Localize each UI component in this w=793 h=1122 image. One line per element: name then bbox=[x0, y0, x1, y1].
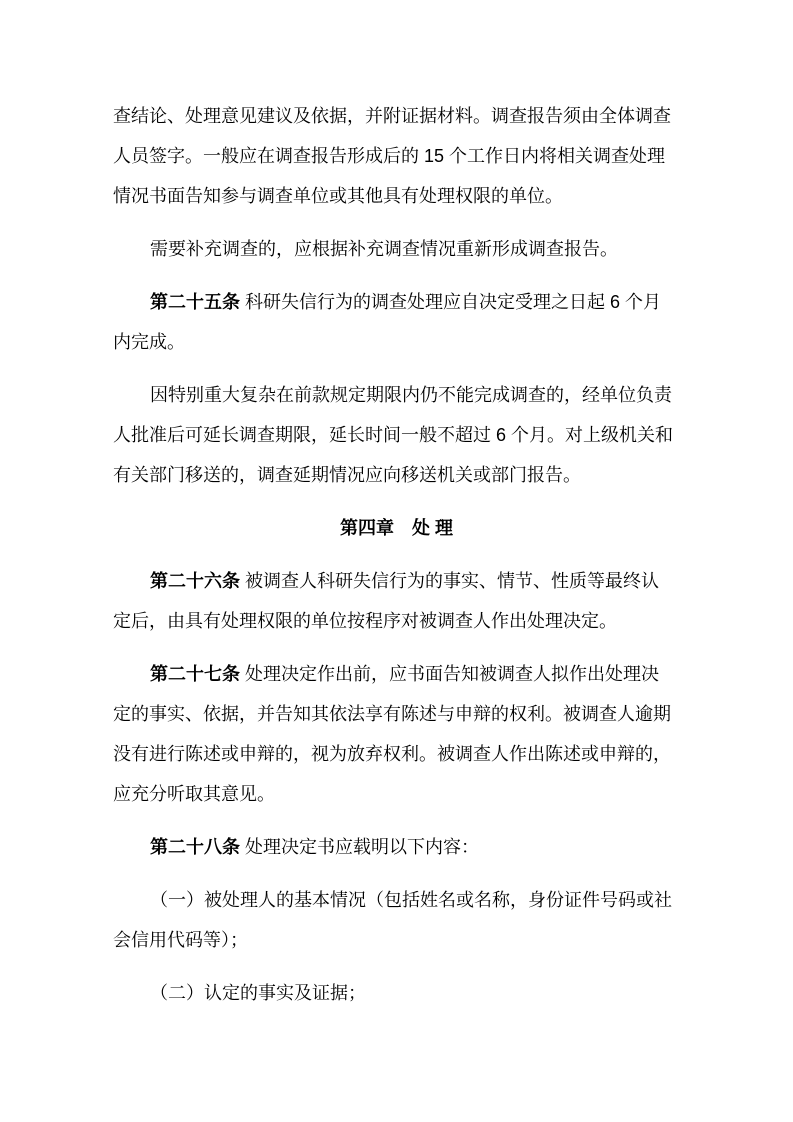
text-line: 情况书面告知参与调查单位或其他具有处理权限的单位。 bbox=[113, 176, 680, 216]
text-segment: 应充分听取其意见。 bbox=[113, 784, 275, 804]
paragraph: 需要补充调查的，应根据补充调查情况重新形成调查报告。 bbox=[113, 229, 680, 269]
text-line: 因特别重大复杂在前款规定期限内仍不能完成调查的，经单位负责 bbox=[113, 375, 680, 415]
paragraph: 因特别重大复杂在前款规定期限内仍不能完成调查的，经单位负责人批准后可延长调查期限… bbox=[113, 375, 680, 495]
paragraph: 第二十八条 处理决定书应载明以下内容： bbox=[113, 827, 680, 867]
text-segment: 因特别重大复杂在前款规定期限内仍不能完成调查的，经单位负责 bbox=[150, 385, 672, 405]
text-line: 应充分听取其意见。 bbox=[113, 774, 680, 814]
text-line: 查结论、处理意见建议及依据，并附证据材料。调查报告须由全体调查 bbox=[113, 96, 680, 136]
text-line: （二）认定的事实及证据； bbox=[113, 973, 680, 1013]
text-segment: 定的事实、依据，并告知其依法享有陈述与申辩的权利。被调查人逾期 bbox=[113, 704, 671, 724]
bold-text-segment: 第二十五条 bbox=[150, 292, 240, 312]
text-line: 定的事实、依据，并告知其依法享有陈述与申辩的权利。被调查人逾期 bbox=[113, 694, 680, 734]
document-page: 查结论、处理意见建议及依据，并附证据材料。调查报告须由全体调查人员签字。一般应在… bbox=[0, 0, 793, 1122]
text-line: 定后，由具有处理权限的单位按程序对被调查人作出处理决定。 bbox=[113, 601, 680, 641]
paragraph: （二）认定的事实及证据； bbox=[113, 973, 680, 1013]
paragraph: 第二十七条 处理决定作出前，应书面告知被调查人拟作出处理决定的事实、依据，并告知… bbox=[113, 654, 680, 814]
text-line: （一）被处理人的基本情况（包括姓名或名称，身份证件号码或社 bbox=[113, 880, 680, 920]
text-segment: 查结论、处理意见建议及依据，并附证据材料。调查报告须由全体调查 bbox=[113, 106, 671, 126]
text-segment: 没有进行陈述或申辩的，视为放弃权利。被调查人作出陈述或申辩的， bbox=[113, 744, 671, 764]
text-segment: 内完成。 bbox=[113, 332, 185, 352]
text-segment: （一）被处理人的基本情况（包括姓名或名称，身份证件号码或社 bbox=[150, 890, 672, 910]
text-segment: 有关部门移送的，调查延期情况应向移送机关或部门报告。 bbox=[113, 465, 581, 485]
text-segment: 会信用代码等）； bbox=[113, 930, 248, 950]
paragraph: 查结论、处理意见建议及依据，并附证据材料。调查报告须由全体调查人员签字。一般应在… bbox=[113, 96, 680, 216]
text-line: 第二十七条 处理决定作出前，应书面告知被调查人拟作出处理决 bbox=[113, 654, 680, 694]
text-segment: （二）认定的事实及证据； bbox=[150, 983, 366, 1003]
text-segment: 处理决定作出前，应书面告知被调查人拟作出处理决 bbox=[240, 664, 659, 684]
text-line: 没有进行陈述或申辩的，视为放弃权利。被调查人作出陈述或申辩的， bbox=[113, 734, 680, 774]
text-line: 需要补充调查的，应根据补充调查情况重新形成调查报告。 bbox=[113, 229, 680, 269]
bold-text-segment: 第二十七条 bbox=[150, 664, 240, 684]
text-line: 人员签字。一般应在调查报告形成后的 15 个工作日内将相关调查处理 bbox=[113, 136, 680, 176]
text-line: 第二十六条 被调查人科研失信行为的事实、情节、性质等最终认 bbox=[113, 561, 680, 601]
document-body: 查结论、处理意见建议及依据，并附证据材料。调查报告须由全体调查人员签字。一般应在… bbox=[113, 96, 680, 1013]
text-segment: 处理决定书应载明以下内容： bbox=[240, 837, 479, 857]
paragraph: 第二十五条 科研失信行为的调查处理应自决定受理之日起 6 个月内完成。 bbox=[113, 282, 680, 362]
bold-text-segment: 第二十八条 bbox=[150, 837, 240, 857]
bold-text-segment: 第二十六条 bbox=[150, 571, 240, 591]
text-line: 人批准后可延长调查期限，延长时间一般不超过 6 个月。对上级机关和 bbox=[113, 415, 680, 455]
text-segment: 需要补充调查的，应根据补充调查情况重新形成调查报告。 bbox=[150, 239, 618, 259]
bold-text-segment: 第四章 处 理 bbox=[340, 518, 453, 538]
text-line: 第二十八条 处理决定书应载明以下内容： bbox=[113, 827, 680, 867]
text-segment: 定后，由具有处理权限的单位按程序对被调查人作出处理决定。 bbox=[113, 611, 617, 631]
paragraph: 第二十六条 被调查人科研失信行为的事实、情节、性质等最终认定后，由具有处理权限的… bbox=[113, 561, 680, 641]
chapter-heading: 第四章 处 理 bbox=[113, 508, 680, 548]
text-line: 内完成。 bbox=[113, 322, 680, 362]
text-line: 会信用代码等）； bbox=[113, 920, 680, 960]
text-segment: 科研失信行为的调查处理应自决定受理之日起 6 个月 bbox=[240, 292, 661, 312]
paragraph: （一）被处理人的基本情况（包括姓名或名称，身份证件号码或社会信用代码等）； bbox=[113, 880, 680, 960]
text-segment: 被调查人科研失信行为的事实、情节、性质等最终认 bbox=[240, 571, 659, 591]
text-segment: 情况书面告知参与调查单位或其他具有处理权限的单位。 bbox=[113, 186, 563, 206]
text-line: 第四章 处 理 bbox=[113, 508, 680, 548]
text-segment: 人批准后可延长调查期限，延长时间一般不超过 6 个月。对上级机关和 bbox=[113, 425, 673, 445]
text-line: 第二十五条 科研失信行为的调查处理应自决定受理之日起 6 个月 bbox=[113, 282, 680, 322]
text-segment: 人员签字。一般应在调查报告形成后的 15 个工作日内将相关调查处理 bbox=[113, 146, 665, 166]
text-line: 有关部门移送的，调查延期情况应向移送机关或部门报告。 bbox=[113, 455, 680, 495]
